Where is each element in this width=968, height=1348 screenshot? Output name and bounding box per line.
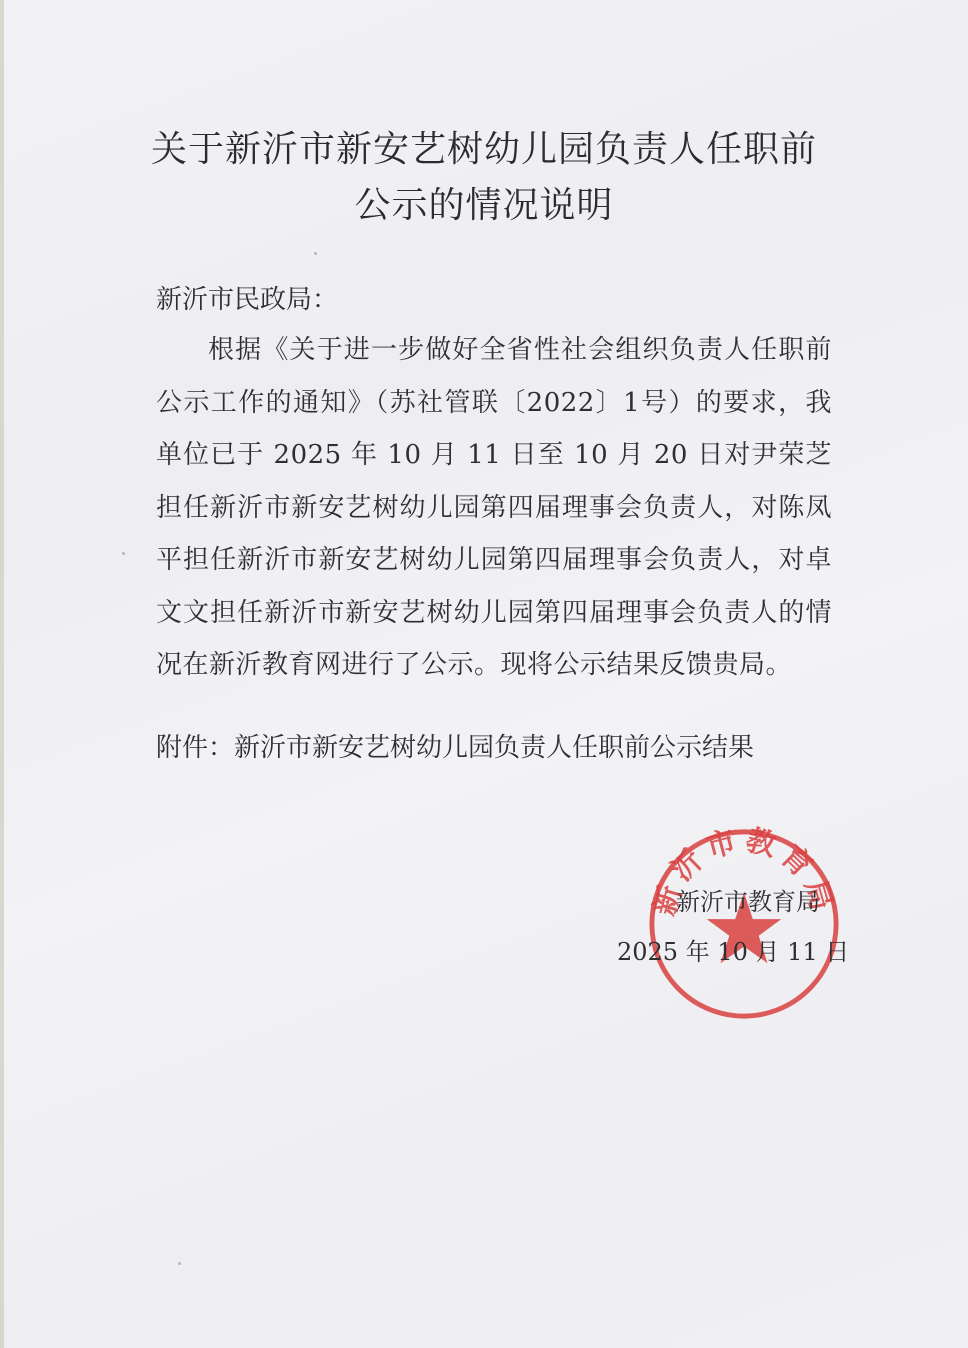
scan-speck [122, 552, 125, 555]
attachment-line: 附件：新沂市新安艺树幼儿园负责人任职前公示结果 [156, 728, 754, 768]
title-line-2: 公示的情况说明 [0, 178, 968, 234]
official-seal-icon: 新沂市教育局 [646, 826, 842, 1022]
document-title: 关于新沂市新安艺树幼儿园负责人任职前 公示的情况说明 [0, 122, 968, 234]
scan-speck [314, 252, 317, 255]
salutation: 新沂市民政局： [156, 280, 338, 320]
document-page: 关于新沂市新安艺树幼儿园负责人任职前 公示的情况说明 新沂市民政局： 根据《关于… [0, 0, 968, 1348]
title-line-1: 关于新沂市新安艺树幼儿园负责人任职前 [0, 122, 968, 178]
signature-organization: 新沂市教育局 [676, 884, 820, 920]
signature-date: 2025 年 10 月 11 日 [617, 934, 849, 970]
body-paragraph: 根据《关于进一步做好全省性社会组织负责人任职前公示工作的通知》（苏社管联〔202… [156, 324, 832, 692]
scan-speck [178, 1262, 181, 1265]
